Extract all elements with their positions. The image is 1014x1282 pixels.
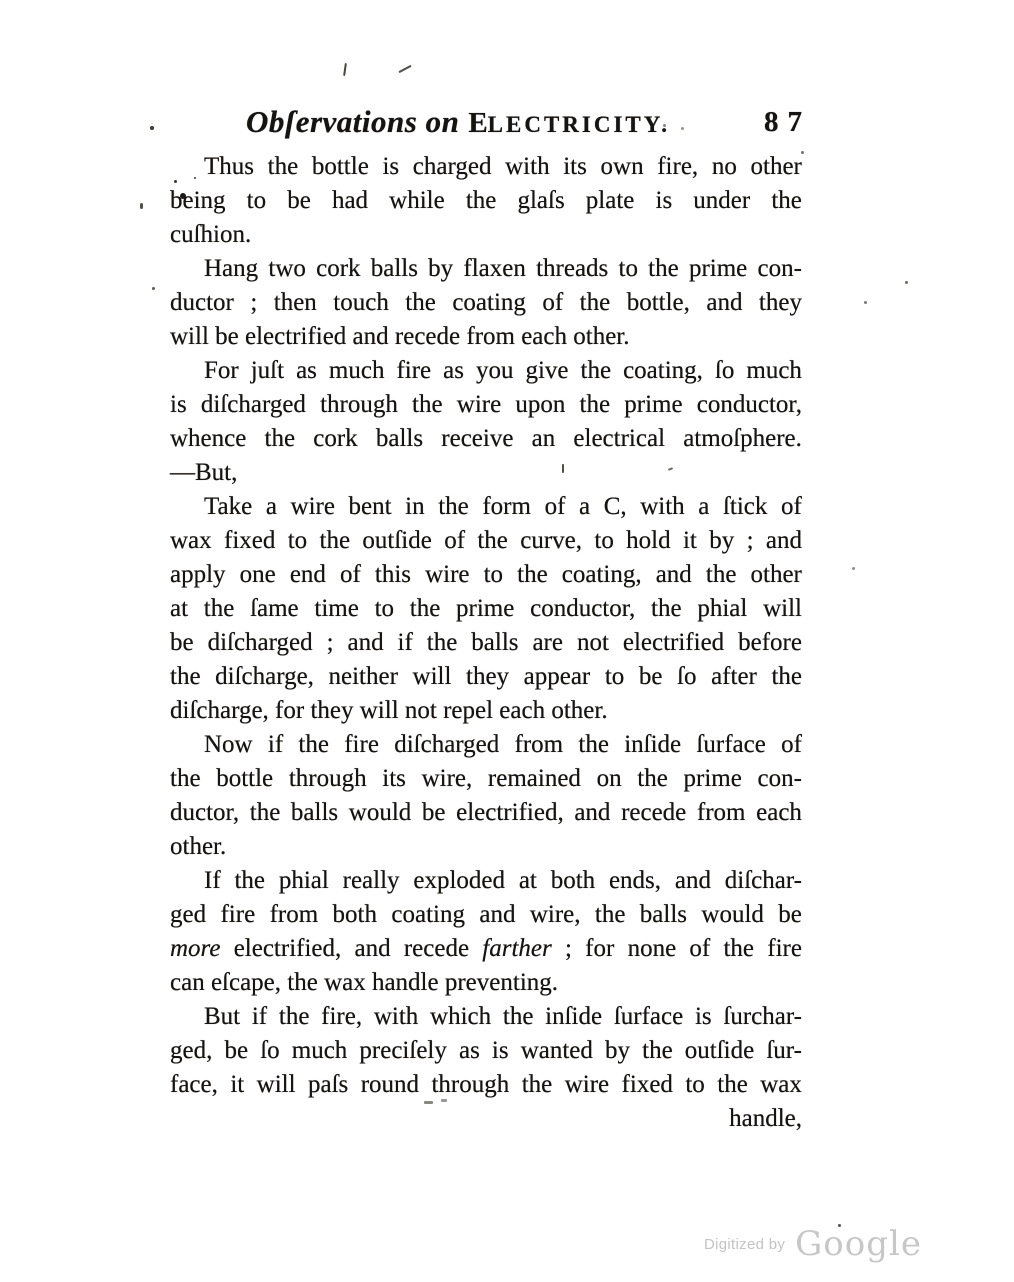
ink-speck (441, 1099, 447, 1102)
ink-speck (562, 464, 564, 473)
text-line: thediſcharge,neitherwilltheyappeartobeſo… (170, 660, 802, 694)
ink-speck (343, 63, 347, 76)
page-title: Obſervations onELECTRICITY. (246, 104, 670, 140)
ink-speck (681, 127, 684, 130)
ink-speck (424, 1101, 433, 1104)
catchword: handle, (170, 1102, 802, 1136)
ink-speck (864, 301, 867, 304)
text-line: ged,beſomuchpreciſelyasiswantedbytheoutſ… (170, 1034, 802, 1068)
text-line: applyoneendofthiswiretothecoating,andthe… (170, 558, 802, 592)
ink-speck (663, 124, 666, 127)
text-line: —But, (170, 456, 802, 490)
text-line: Hangtwocorkballsbyflaxenthreadstotheprim… (170, 252, 802, 286)
text-line: moreelectrified,andrecedefarther;fornone… (170, 932, 802, 966)
text-line: thebottlethroughitswire,remainedonthepri… (170, 762, 802, 796)
text-line: whencethecorkballsreceiveanelectricalatm… (170, 422, 802, 456)
text-line: gedfirefrombothcoatingandwire,theballswo… (170, 898, 802, 932)
text-line: bediſcharged;andiftheballsarenotelectrif… (170, 626, 802, 660)
text-line: Ifthephialreallyexplodedatbothends,anddi… (170, 864, 802, 898)
text-line: Butifthefire,withwhichtheinſideſurfaceis… (170, 1000, 802, 1034)
watermark: Digitized by Google (704, 1218, 922, 1270)
paragraph: Butifthefire,withwhichtheinſideſurfaceis… (170, 1000, 802, 1136)
text-line: cuſhion. (170, 218, 802, 252)
text-line: attheſametimetotheprimeconductor,thephia… (170, 592, 802, 626)
title-caps-rest: LECTRICITY. (488, 112, 670, 137)
ink-speck (801, 151, 804, 154)
paragraph: Forjuſtasmuchfireasyougivethecoating,ſom… (170, 354, 802, 490)
text-line: ductor;thentouchthecoatingofthebottle,an… (170, 286, 802, 320)
text-line: isdiſchargedthroughthewireupontheprimeco… (170, 388, 802, 422)
text-line: beingtobehadwhiletheglaſsplateisunderthe (170, 184, 802, 218)
text-line: other. (170, 830, 802, 864)
page-number: 87 (764, 106, 811, 139)
scanned-book-page: Obſervations onELECTRICITY. 87 Thusthebo… (0, 0, 1014, 1282)
text-line: diſcharge, for they will not repel each … (170, 694, 802, 728)
text-line: TakeawirebentintheformofaC,withaſtickof (170, 490, 802, 524)
paragraph: TakeawirebentintheformofaC,withaſtickofw… (170, 490, 802, 728)
ink-speck (398, 65, 411, 73)
paragraph: Thusthebottleischargedwithitsownfire,noo… (170, 150, 802, 252)
ink-speck (905, 281, 908, 284)
paragraph: Nowifthefirediſchargedfromtheinſideſurfa… (170, 728, 802, 864)
ink-speck (174, 180, 177, 183)
text-line: ductor,theballswouldbeelectrified,andrec… (170, 796, 802, 830)
text-line: waxfixedtotheoutſideofthecurve,toholditb… (170, 524, 802, 558)
title-italic: Obſervations on (246, 104, 459, 139)
text-block: Thusthebottleischargedwithitsownfire,noo… (170, 150, 802, 1136)
ink-speck (852, 567, 855, 570)
ink-speck (140, 203, 143, 209)
running-head: Obſervations onELECTRICITY. 87 (170, 104, 802, 148)
text-line: Nowifthefirediſchargedfromtheinſideſurfa… (170, 728, 802, 762)
paragraph: Hangtwocorkballsbyflaxenthreadstotheprim… (170, 252, 802, 354)
digitized-by-label: Digitized by (704, 1236, 785, 1253)
text-line: will be electrified and recede from each… (170, 320, 802, 354)
text-line: Thusthebottleischargedwithitsownfire,noo… (170, 150, 802, 184)
ink-speck (180, 193, 186, 199)
google-logo: Google (795, 1224, 922, 1264)
text-line: face,itwillpaſsroundthroughthewirefixedt… (170, 1068, 802, 1102)
title-caps-initial: E (468, 107, 487, 139)
ink-speck (150, 126, 154, 130)
ink-speck (152, 287, 155, 290)
text-line: Forjuſtasmuchfireasyougivethecoating,ſom… (170, 354, 802, 388)
ink-speck (194, 177, 196, 179)
text-line: can eſcape, the wax handle preventing. (170, 966, 802, 1000)
paragraph: Ifthephialreallyexplodedatbothends,anddi… (170, 864, 802, 1000)
